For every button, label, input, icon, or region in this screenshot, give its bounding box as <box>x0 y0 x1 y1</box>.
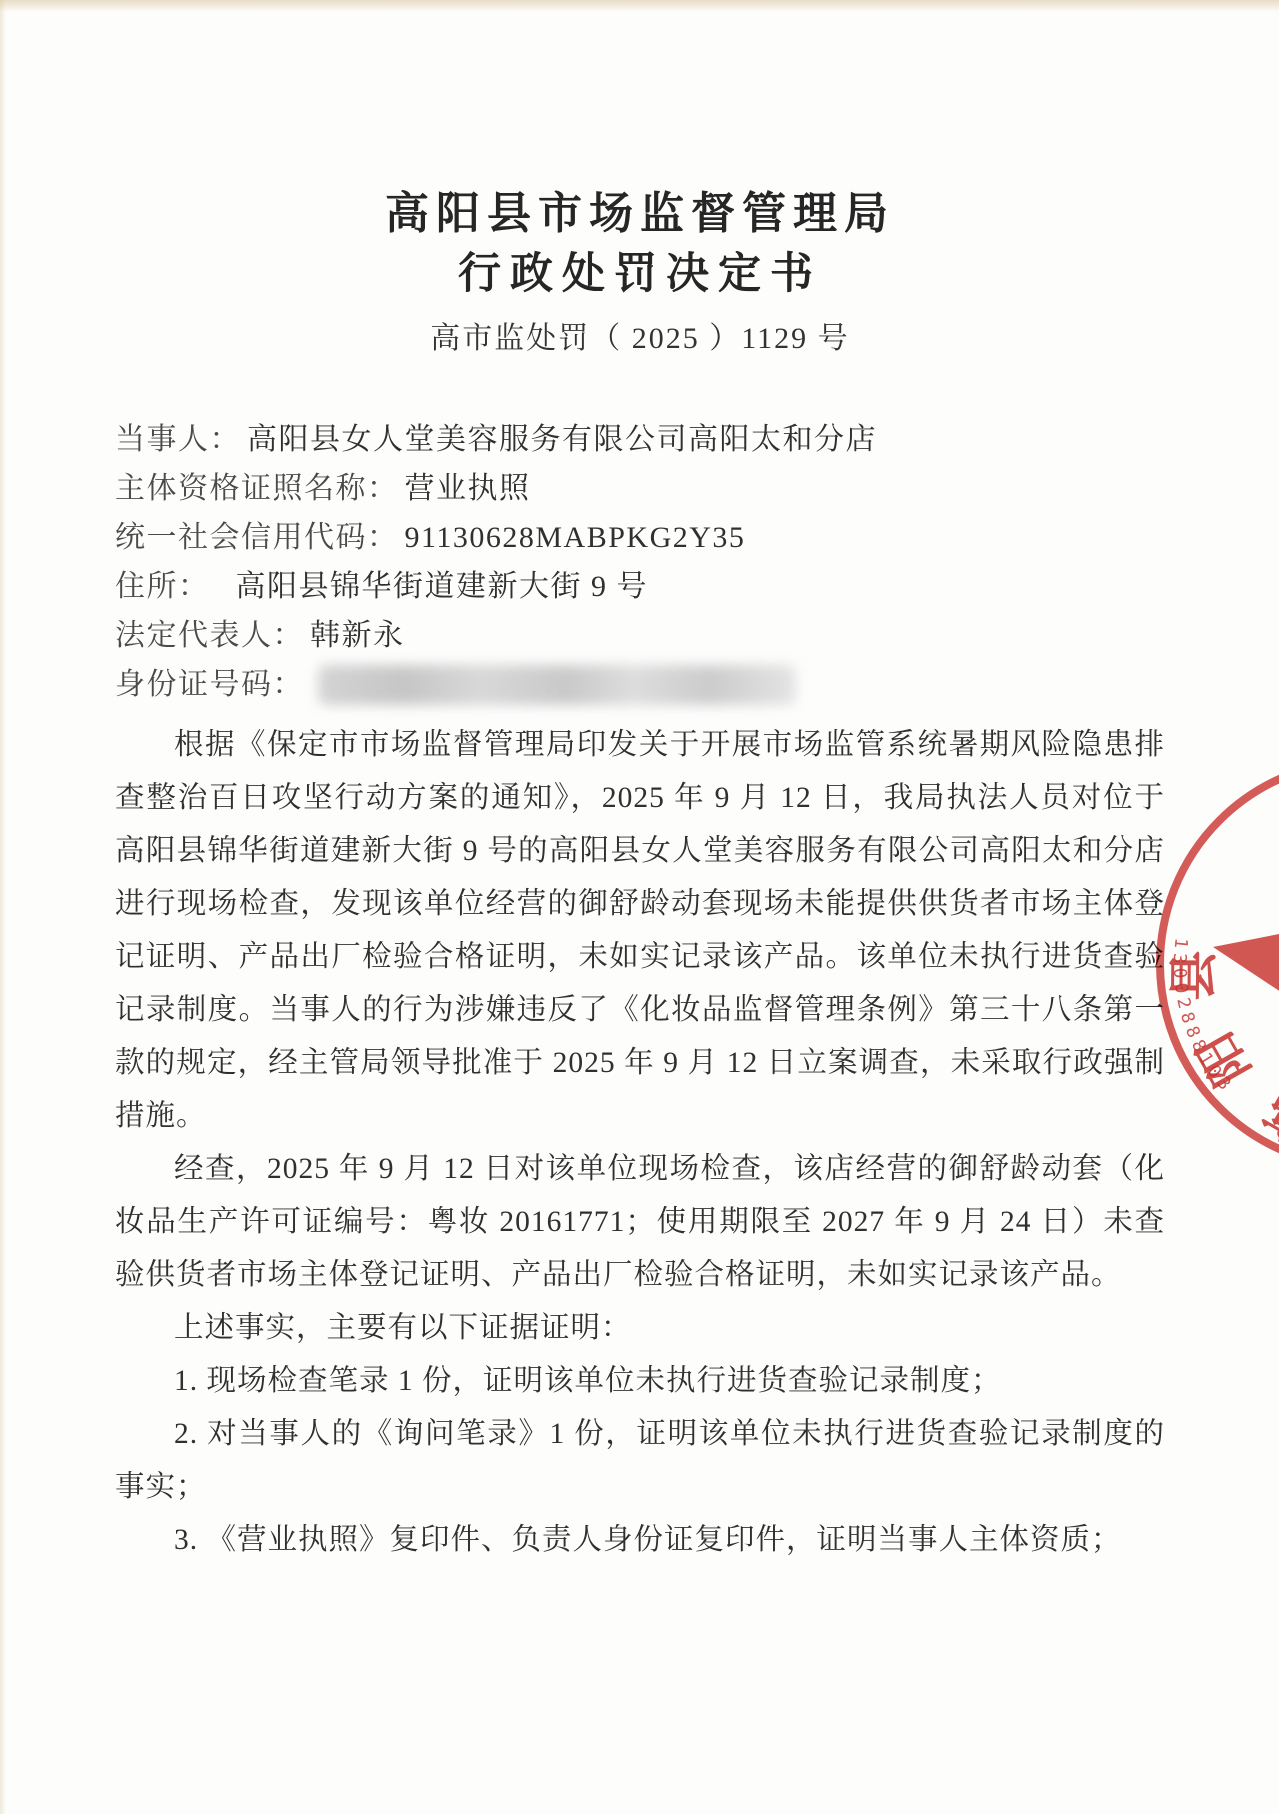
seal-outer-ring <box>1160 761 1279 1167</box>
scan-edge-left <box>0 0 6 1814</box>
paragraph-investigation-basis: 根据《保定市市场监督管理局印发关于开展市场监管系统暑期风险隐患排查整治百日攻坚行… <box>115 719 1165 1143</box>
field-label: 当事人： <box>115 423 241 456</box>
field-address: 住所：高阳县锦华街道建新大街 9 号 <box>115 562 1165 611</box>
field-label: 法定代表人： <box>115 619 304 652</box>
field-legal-representative: 法定代表人：韩新永 <box>115 611 1165 660</box>
field-value: 高阳县锦华街道建新大街 9 号 <box>236 570 649 603</box>
paragraph-evidence-intro: 上述事实，主要有以下证据证明： <box>115 1302 1165 1355</box>
field-value: 高阳县女人堂美容服务有限公司高阳太和分店 <box>247 423 877 456</box>
paragraph-evidence-item-2: 2. 对当事人的《询问笔录》1 份，证明该单位未执行进货查验记录制度的事实； <box>115 1408 1165 1514</box>
seal-digits: 13002888103 <box>1169 937 1238 1098</box>
field-id-number: 身份证号码： <box>115 660 1165 709</box>
field-value: 韩新永 <box>310 619 405 652</box>
seal-star <box>1213 820 1279 1142</box>
document-title-type: 行政处罚决定书 <box>115 249 1165 301</box>
document-title-agency: 高阳县市场监督管理局 <box>115 186 1165 241</box>
field-value: 91130628MABPKG2Y35 <box>405 521 746 554</box>
seal-arc-text: 高阳县 <box>1166 920 1279 1152</box>
scan-edge-top <box>0 0 1279 12</box>
field-label: 主体资格证照名称： <box>115 472 399 505</box>
field-label: 住所： <box>115 570 210 603</box>
paragraph-evidence-item-1: 1. 现场检查笔录 1 份，证明该单位未执行进货查验记录制度； <box>115 1355 1165 1408</box>
redacted-id-number <box>318 665 796 705</box>
document-content: 高阳县市场监督管理局 行政处罚决定书 高市监处罚（ 2025 ）1129 号 当… <box>115 186 1165 1567</box>
document-number: 高市监处罚（ 2025 ）1129 号 <box>115 313 1165 357</box>
field-value: 营业执照 <box>405 472 531 505</box>
field-label: 统一社会信用代码： <box>115 521 399 554</box>
field-label: 身份证号码： <box>115 668 304 701</box>
field-credit-code: 统一社会信用代码：91130628MABPKG2Y35 <box>115 513 1165 562</box>
party-info-fields: 当事人：高阳县女人堂美容服务有限公司高阳太和分店 主体资格证照名称：营业执照 统… <box>115 415 1165 709</box>
field-party: 当事人：高阳县女人堂美容服务有限公司高阳太和分店 <box>115 415 1165 464</box>
field-license-type: 主体资格证照名称：营业执照 <box>115 464 1165 513</box>
paragraph-evidence-item-3: 3. 《营业执照》复印件、负责人身份证复印件，证明当事人主体资质； <box>115 1514 1165 1567</box>
paragraph-findings: 经查，2025 年 9 月 12 日对该单位现场检查，该店经营的御舒龄动套（化妆… <box>115 1143 1165 1302</box>
scanned-document-page: 高阳县市场监督管理局 行政处罚决定书 高市监处罚（ 2025 ）1129 号 当… <box>0 0 1279 1814</box>
document-body: 根据《保定市市场监督管理局印发关于开展市场监管系统暑期风险隐患排查整治百日攻坚行… <box>115 719 1165 1567</box>
